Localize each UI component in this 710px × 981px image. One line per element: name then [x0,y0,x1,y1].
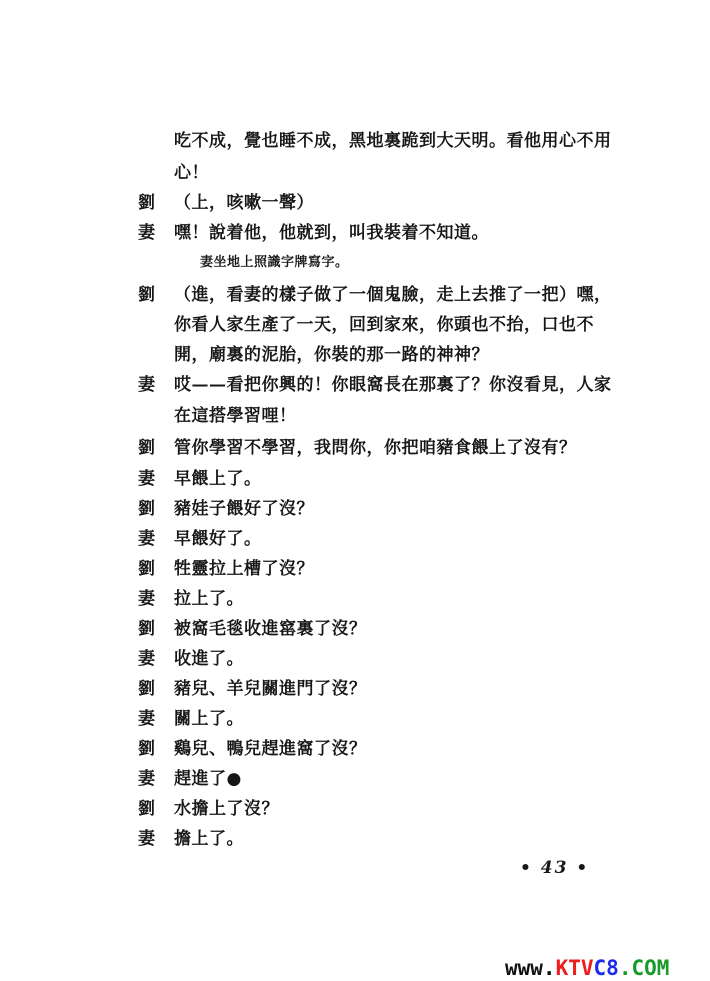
dialogue-text: （上，咳嗽一聲） [174,192,314,214]
speaker-label: 劉 [138,678,166,700]
dialogue-text: 被窩毛毯收進窰裏了沒？ [174,618,367,640]
dialogue-text: 牲靈拉上槽了沒？ [174,558,314,580]
dialogue-text: 你看人家生產了一天，回到家來，你頭也不抬，口也不 [174,314,594,336]
stage-direction: 妻坐地上照識字牌寫字。 [200,252,349,274]
dialogue-text: 鷄兒、鴨兒趕進窩了沒？ [174,738,367,760]
dialogue-text: （進，看妻的樣子做了一個鬼臉，走上去推了一把）嘿， [174,284,612,306]
dialogue-text: 開，廟裏的泥胎，你裝的那一路的神神？ [174,344,489,366]
speaker-label: 劉 [138,738,166,760]
speaker-label: 妻 [138,708,166,730]
dialogue-text: 豬娃子餵好了沒？ [174,498,314,520]
speaker-label: 劉 [138,437,166,459]
dialogue-text: 嘿！說着他，他就到，叫我裝着不知道。 [174,222,489,244]
dialogue-text: 關上了。 [174,708,244,730]
watermark-www: www. [505,956,556,980]
speaker-label: 妻 [138,768,166,790]
dialogue-text: 豬兒、羊兒關進門了沒？ [174,678,367,700]
dialogue-text: 拉上了。 [174,588,244,610]
speaker-label: 妻 [138,828,166,850]
dialogue-text: 吃不成，覺也睡不成，黑地裏跪到大天明。看他用心不用 [174,130,612,152]
speaker-label: 妻 [138,374,166,396]
speaker-label: 妻 [138,588,166,610]
speaker-label: 劉 [138,192,166,214]
dialogue-text: 管你學習不學習，我問你，你把咱豬食餵上了沒有？ [174,437,577,459]
watermark-com: .COM [619,956,670,980]
watermark-ktv: KTV [556,956,594,980]
page-number: • 43 • [520,858,589,878]
dialogue-text: 早餵上了。 [174,468,262,490]
speaker-label: 劉 [138,798,166,820]
dialogue-text: 收進了。 [174,648,244,670]
dialogue-text: 在這搭學習哩！ [174,405,297,427]
speaker-label: 劉 [138,558,166,580]
watermark-c8: C8 [594,956,619,980]
speaker-label: 妻 [138,222,166,244]
speaker-label: 妻 [138,468,166,490]
book-page: 吃不成，覺也睡不成，黑地裏跪到大天明。看他用心不用心！劉（上，咳嗽一聲）妻嘿！說… [0,0,710,981]
speaker-label: 劉 [138,618,166,640]
dialogue-text: 趕進了● [174,768,242,790]
dialogue-text: 心！ [174,162,209,184]
speaker-label: 劉 [138,498,166,520]
dialogue-text: 哎——看把你興的！你眼窩長在那裏了？你沒看見，人家 [174,374,612,396]
speaker-label: 劉 [138,284,166,306]
site-watermark: www.KTVC8.COM [505,956,669,980]
dialogue-text: 水擔上了沒？ [174,798,279,820]
speaker-label: 妻 [138,648,166,670]
dialogue-text: 早餵好了。 [174,528,262,550]
dialogue-text: 擔上了。 [174,828,244,850]
speaker-label: 妻 [138,528,166,550]
